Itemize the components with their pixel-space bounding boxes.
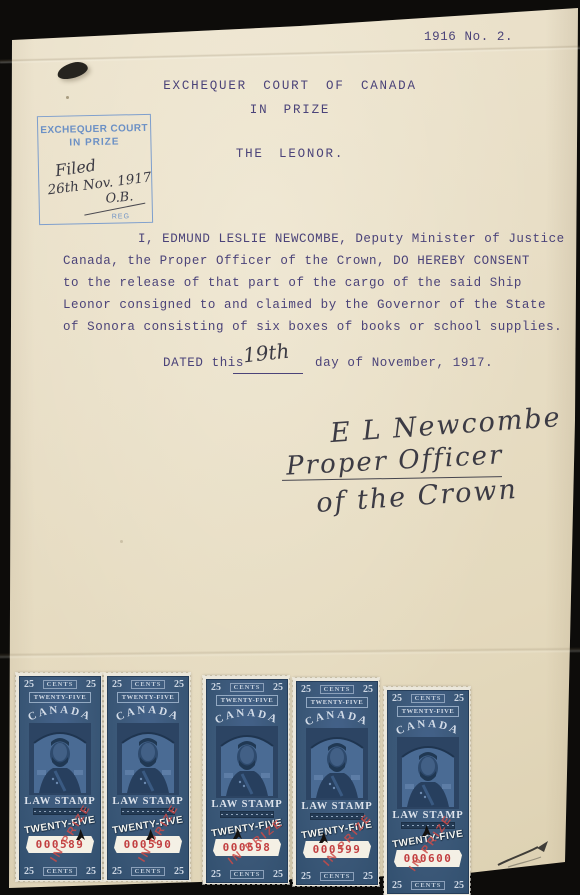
stamp-canada-arc: CANADA — [110, 703, 186, 723]
law-stamp: 25 CENTS 25 TWENTY-FIVE CANADA — [104, 673, 190, 881]
pen-check-mark — [494, 836, 556, 872]
stamp-top-value-row: 25 CENTS 25 — [108, 677, 188, 690]
stamp-value-left: 25 — [112, 866, 122, 877]
stamp-serial-box: 000600 — [394, 850, 462, 867]
king-george-v-portrait — [306, 728, 368, 800]
stamp-small-banner — [121, 808, 175, 815]
svg-text:CANADA: CANADA — [26, 704, 93, 723]
stamp-cents-label: CENTS — [411, 881, 446, 890]
stamp-small-banner — [401, 822, 455, 829]
stamp-canada-arc: CANADA — [22, 703, 98, 723]
stamp-bottom-value-row: 25 CENTS 25 — [297, 869, 377, 884]
stamp-serial-box: 000599 — [303, 841, 371, 858]
stamp-small-banner — [220, 811, 274, 818]
stamp-value-right: 25 — [174, 866, 184, 877]
stamp-twenty-five-box: TWENTY-FIVE — [306, 697, 369, 708]
svg-text:CANADA: CANADA — [394, 718, 461, 737]
stamp-country-label: CANADA — [114, 704, 181, 723]
stamp-type-label: LAW STAMP — [301, 801, 372, 812]
stamp-country-label: CANADA — [394, 718, 461, 737]
stamp-top-value-row: 25 CENTS 25 — [207, 680, 287, 693]
stamp-value-right: 25 — [86, 866, 96, 877]
svg-text:CANADA: CANADA — [213, 707, 280, 726]
stamp-cents-label: CENTS — [230, 870, 265, 879]
law-stamp-body: 25 CENTS 25 TWENTY-FIVE CANADA — [107, 676, 189, 880]
stamp-country-label: CANADA — [303, 709, 370, 728]
law-stamp-body: 25 CENTS 25 TWENTY-FIVE CANADA — [19, 676, 101, 880]
law-stamp: 25 CENTS 25 TWENTY-FIVE CANADA — [203, 676, 289, 884]
stamp-cents-label: CENTS — [230, 683, 265, 692]
stamp-country-label: CANADA — [213, 707, 280, 726]
stamp-serial: 000599 — [313, 843, 362, 856]
stamp-value-left: 25 — [301, 684, 311, 695]
stamp-bottom-value-row: 25 CENTS 25 — [108, 864, 188, 879]
stamp-small-banner — [310, 813, 364, 820]
stamp-value-left: 25 — [112, 679, 122, 690]
stamp-top-value-row: 25 CENTS 25 — [297, 682, 377, 695]
law-stamp: 25 CENTS 25 TWENTY-FIVE CANADA — [384, 687, 470, 895]
stamp-value-right: 25 — [363, 684, 373, 695]
svg-text:CANADA: CANADA — [303, 709, 370, 728]
stamp-value-left: 25 — [211, 869, 221, 880]
stamp-canada-arc: CANADA — [390, 717, 466, 737]
stamp-value-right: 25 — [454, 693, 464, 704]
stamp-value-right: 25 — [86, 679, 96, 690]
stamp-twenty-five-box: TWENTY-FIVE — [216, 695, 279, 706]
stamp-type-label: LAW STAMP — [112, 796, 183, 807]
law-stamp-body: 25 CENTS 25 TWENTY-FIVE CANADA — [296, 681, 378, 885]
stamp-cents-label: CENTS — [43, 867, 78, 876]
stamp-value-right: 25 — [454, 880, 464, 891]
king-george-v-portrait — [216, 726, 278, 798]
stamp-ribbon-words: TWENTY-FIVE — [211, 817, 283, 839]
king-george-v-portrait — [397, 737, 459, 809]
stamp-bottom-value-row: 25 CENTS 25 — [388, 878, 468, 893]
stamp-value-left: 25 — [24, 679, 34, 690]
law-stamp: 25 CENTS 25 TWENTY-FIVE CANADA — [293, 678, 379, 886]
stamp-cents-label: CENTS — [411, 694, 446, 703]
stamps-row: 25 CENTS 25 TWENTY-FIVE CANADA — [0, 0, 580, 895]
stamp-canada-arc: CANADA — [209, 706, 285, 726]
law-stamp-body: 25 CENTS 25 TWENTY-FIVE CANADA — [206, 679, 288, 883]
stamp-cents-label: CENTS — [320, 872, 355, 881]
stamp-cents-label: CENTS — [131, 680, 166, 689]
stamp-value-right: 25 — [273, 869, 283, 880]
stamp-serial-box: 000598 — [213, 839, 281, 856]
stamp-serial: 000598 — [223, 841, 272, 854]
stamp-value-left: 25 — [301, 871, 311, 882]
stamp-bottom-value-row: 25 CENTS 25 — [20, 864, 100, 879]
stamp-twenty-five-box: TWENTY-FIVE — [397, 706, 460, 717]
document-photo: 1916 No. 2. EXCHEQUER COURT OF CANADA IN… — [0, 0, 580, 895]
stamp-small-banner — [33, 808, 87, 815]
stamp-ribbon-words: TWENTY-FIVE — [301, 819, 373, 841]
stamp-type-label: LAW STAMP — [24, 796, 95, 807]
stamp-type-label: LAW STAMP — [211, 799, 282, 810]
law-stamp-body: 25 CENTS 25 TWENTY-FIVE CANADA — [387, 690, 469, 894]
stamp-value-right: 25 — [273, 682, 283, 693]
stamp-value-right: 25 — [174, 679, 184, 690]
stamp-top-value-row: 25 CENTS 25 — [388, 691, 468, 704]
stamp-serial: 000600 — [404, 852, 453, 865]
stamp-twenty-five-box: TWENTY-FIVE — [117, 692, 180, 703]
stamp-ribbon-words: TWENTY-FIVE — [112, 814, 184, 836]
king-george-v-portrait — [117, 723, 179, 795]
stamp-cents-label: CENTS — [43, 680, 78, 689]
stamp-type-label: LAW STAMP — [392, 810, 463, 821]
svg-text:CANADA: CANADA — [114, 704, 181, 723]
stamp-value-left: 25 — [211, 682, 221, 693]
stamp-cents-label: CENTS — [320, 685, 355, 694]
stamp-country-label: CANADA — [26, 704, 93, 723]
stamp-canada-arc: CANADA — [299, 708, 375, 728]
punch-cancel-hole — [76, 829, 85, 840]
king-george-v-portrait — [29, 723, 91, 795]
stamp-twenty-five-box: TWENTY-FIVE — [29, 692, 92, 703]
stamp-value-left: 25 — [392, 693, 402, 704]
stamp-bottom-value-row: 25 CENTS 25 — [207, 867, 287, 882]
stamp-cents-label: CENTS — [131, 867, 166, 876]
stamp-value-left: 25 — [24, 866, 34, 877]
stamp-value-right: 25 — [363, 871, 373, 882]
stamp-value-left: 25 — [392, 880, 402, 891]
stamp-top-value-row: 25 CENTS 25 — [20, 677, 100, 690]
law-stamp: 25 CENTS 25 TWENTY-FIVE CANADA — [16, 673, 102, 881]
stamp-ribbon-words: TWENTY-FIVE — [24, 814, 96, 836]
